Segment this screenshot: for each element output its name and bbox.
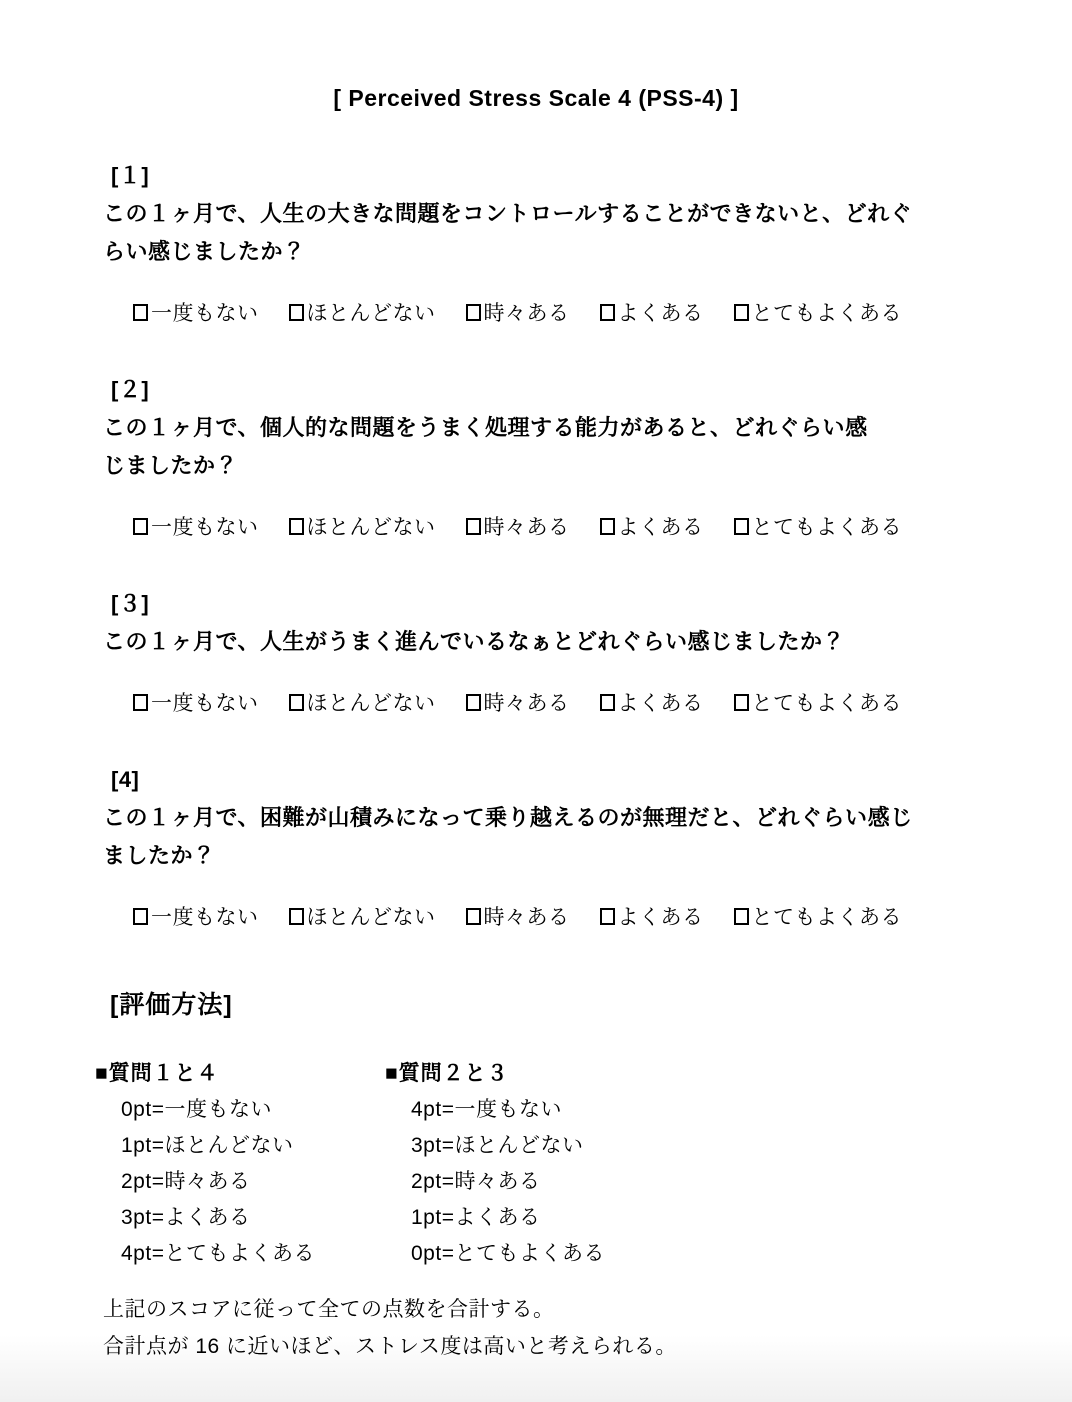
checkbox-option-q1-1[interactable]: ほとんどない bbox=[289, 297, 436, 327]
question-4-number: [4] bbox=[103, 761, 1012, 799]
page-title: [ Perceived Stress Scale 4 (PSS-4) ] bbox=[0, 0, 1072, 112]
option-label: ほとんどない bbox=[307, 901, 436, 931]
checkbox-option-q4-4[interactable]: とてもよくある bbox=[734, 901, 903, 931]
checkbox-icon[interactable] bbox=[600, 694, 615, 711]
scoring-column-header: ■質問２と３ bbox=[385, 1056, 675, 1092]
option-label: 一度もない bbox=[151, 511, 259, 541]
checkbox-icon[interactable] bbox=[289, 694, 304, 711]
checkbox-icon[interactable] bbox=[600, 304, 615, 321]
question-1-options-row: 一度もない ほとんどない 時々ある よくある とてもよくある bbox=[103, 298, 1012, 326]
checkbox-icon[interactable] bbox=[133, 518, 148, 535]
question-1: [１] この１ヶ月で、人生の大きな問題をコントロールすることができないと、どれぐ… bbox=[103, 157, 1012, 326]
question-2-number: [２] bbox=[103, 371, 1012, 409]
checkbox-icon[interactable] bbox=[133, 908, 148, 925]
checkbox-option-q3-0[interactable]: 一度もない bbox=[133, 687, 259, 717]
checkbox-option-q3-2[interactable]: 時々ある bbox=[466, 687, 570, 717]
scoring-item: 3pt=よくある bbox=[95, 1200, 385, 1236]
checkbox-option-q1-3[interactable]: よくある bbox=[600, 297, 704, 327]
checkbox-icon[interactable] bbox=[289, 518, 304, 535]
option-label: とてもよくある bbox=[752, 901, 903, 931]
checkbox-icon[interactable] bbox=[600, 518, 615, 535]
option-label: とてもよくある bbox=[752, 687, 903, 717]
checkbox-icon[interactable] bbox=[466, 908, 481, 925]
option-label: 一度もない bbox=[151, 901, 259, 931]
option-label: ほとんどない bbox=[307, 687, 436, 717]
scoring-column-q1-q4: ■質問１と４ 0pt=一度もない 1pt=ほとんどない 2pt=時々ある 3pt… bbox=[95, 1056, 385, 1272]
question-2-options-row: 一度もない ほとんどない 時々ある よくある とてもよくある bbox=[103, 512, 1012, 540]
option-label: よくある bbox=[618, 901, 704, 931]
checkbox-icon[interactable] bbox=[600, 908, 615, 925]
checkbox-icon[interactable] bbox=[734, 908, 749, 925]
checkbox-icon[interactable] bbox=[466, 304, 481, 321]
checkbox-option-q1-4[interactable]: とてもよくある bbox=[734, 297, 903, 327]
scoring-item: 1pt=ほとんどない bbox=[95, 1128, 385, 1164]
option-label: 一度もない bbox=[151, 297, 259, 327]
checkbox-option-q2-2[interactable]: 時々ある bbox=[466, 511, 570, 541]
checkbox-option-q3-4[interactable]: とてもよくある bbox=[734, 687, 903, 717]
checkbox-icon[interactable] bbox=[734, 694, 749, 711]
option-label: ほとんどない bbox=[307, 297, 436, 327]
scoring-column-q2-q3: ■質問２と３ 4pt=一度もない 3pt=ほとんどない 2pt=時々ある 1pt… bbox=[385, 1056, 675, 1272]
question-1-text: この１ヶ月で、人生の大きな問題をコントロールすることができないと、どれぐ らい感… bbox=[103, 195, 1012, 271]
option-label: よくある bbox=[618, 511, 704, 541]
checkbox-option-q3-1[interactable]: ほとんどない bbox=[289, 687, 436, 717]
scoring-item: 2pt=時々ある bbox=[385, 1164, 675, 1200]
option-label: とてもよくある bbox=[752, 511, 903, 541]
scoring-item: 1pt=よくある bbox=[385, 1200, 675, 1236]
checkbox-option-q1-2[interactable]: 時々ある bbox=[466, 297, 570, 327]
scoring-note: 上記のスコアに従って全ての点数を合計する。 合計点が 16 に近いほど、ストレス… bbox=[103, 1291, 1012, 1365]
question-4-text: この１ヶ月で、困難が山積みになって乗り越えるのが無理だと、どれぐらい感じ ました… bbox=[103, 799, 1012, 875]
scoring-column-header: ■質問１と４ bbox=[95, 1056, 385, 1092]
checkbox-icon[interactable] bbox=[289, 908, 304, 925]
checkbox-option-q4-1[interactable]: ほとんどない bbox=[289, 901, 436, 931]
scoring-columns: ■質問１と４ 0pt=一度もない 1pt=ほとんどない 2pt=時々ある 3pt… bbox=[95, 1056, 1072, 1272]
question-4: [4] この１ヶ月で、困難が山積みになって乗り越えるのが無理だと、どれぐらい感じ… bbox=[103, 761, 1012, 930]
scoring-item: 2pt=時々ある bbox=[95, 1164, 385, 1200]
option-label: よくある bbox=[618, 297, 704, 327]
checkbox-option-q1-0[interactable]: 一度もない bbox=[133, 297, 259, 327]
checkbox-option-q2-3[interactable]: よくある bbox=[600, 511, 704, 541]
evaluation-heading: [評価方法] bbox=[110, 988, 1072, 1022]
checkbox-icon[interactable] bbox=[734, 518, 749, 535]
option-label: 時々ある bbox=[484, 901, 570, 931]
option-label: 時々ある bbox=[484, 511, 570, 541]
option-label: 一度もない bbox=[151, 687, 259, 717]
question-2: [２] この１ヶ月で、個人的な問題をうまく処理する能力があると、どれぐらい感 じ… bbox=[103, 371, 1012, 540]
option-label: 時々ある bbox=[484, 687, 570, 717]
question-4-options-row: 一度もない ほとんどない 時々ある よくある とてもよくある bbox=[103, 902, 1012, 930]
checkbox-icon[interactable] bbox=[734, 304, 749, 321]
question-2-text: この１ヶ月で、個人的な問題をうまく処理する能力があると、どれぐらい感 じましたか… bbox=[103, 409, 1012, 485]
checkbox-icon[interactable] bbox=[466, 518, 481, 535]
question-3-text: この１ヶ月で、人生がうまく進んでいるなぁとどれぐらい感じましたか？ bbox=[103, 623, 1012, 661]
checkbox-option-q2-1[interactable]: ほとんどない bbox=[289, 511, 436, 541]
option-label: とてもよくある bbox=[752, 297, 903, 327]
scoring-item: 4pt=一度もない bbox=[385, 1092, 675, 1128]
question-3-options-row: 一度もない ほとんどない 時々ある よくある とてもよくある bbox=[103, 688, 1012, 716]
checkbox-icon[interactable] bbox=[289, 304, 304, 321]
question-3-number: [３] bbox=[103, 585, 1012, 623]
checkbox-option-q2-4[interactable]: とてもよくある bbox=[734, 511, 903, 541]
question-3: [３] この１ヶ月で、人生がうまく進んでいるなぁとどれぐらい感じましたか？ 一度… bbox=[103, 585, 1012, 716]
scoring-item: 3pt=ほとんどない bbox=[385, 1128, 675, 1164]
scoring-item: 4pt=とてもよくある bbox=[95, 1236, 385, 1272]
checkbox-icon[interactable] bbox=[466, 694, 481, 711]
question-1-number: [１] bbox=[103, 157, 1012, 195]
scoring-item: 0pt=とてもよくある bbox=[385, 1236, 675, 1272]
checkbox-icon[interactable] bbox=[133, 694, 148, 711]
scoring-item: 0pt=一度もない bbox=[95, 1092, 385, 1128]
option-label: 時々ある bbox=[484, 297, 570, 327]
checkbox-option-q3-3[interactable]: よくある bbox=[600, 687, 704, 717]
option-label: ほとんどない bbox=[307, 511, 436, 541]
option-label: よくある bbox=[618, 687, 704, 717]
checkbox-option-q4-2[interactable]: 時々ある bbox=[466, 901, 570, 931]
checkbox-option-q2-0[interactable]: 一度もない bbox=[133, 511, 259, 541]
checkbox-option-q4-0[interactable]: 一度もない bbox=[133, 901, 259, 931]
checkbox-option-q4-3[interactable]: よくある bbox=[600, 901, 704, 931]
document-page: [ Perceived Stress Scale 4 (PSS-4) ] [１]… bbox=[0, 0, 1072, 1402]
checkbox-icon[interactable] bbox=[133, 304, 148, 321]
